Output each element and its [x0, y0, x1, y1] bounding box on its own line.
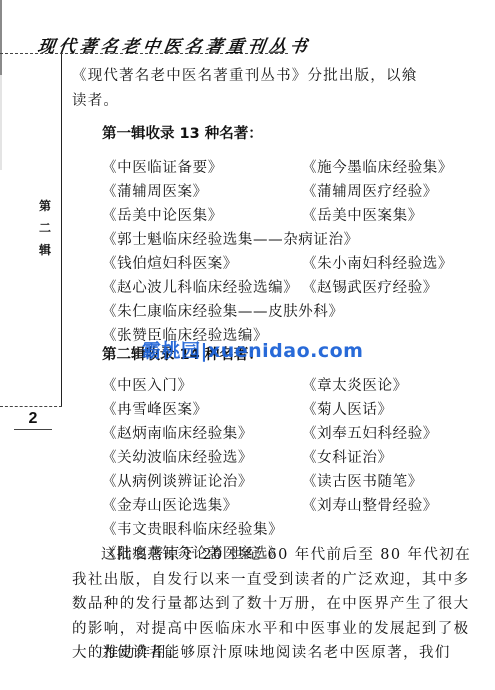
header-dashed-rule — [0, 53, 288, 54]
book-title: 《读古医书随笔》 — [302, 470, 423, 491]
book-title: 《中医临证备要》 — [102, 156, 223, 177]
book-title: 《关幼波临床经验选》 — [102, 446, 253, 467]
book-title: 《钱伯煊妇科医案》 — [102, 252, 238, 273]
book-title: 《从病例谈辨证论治》 — [102, 470, 253, 491]
scan-edge-shadow-light — [0, 75, 2, 170]
section-char: 第 — [37, 195, 53, 217]
book-title: 《蒲辅周医案》 — [102, 180, 208, 201]
scan-edge-shadow — [0, 0, 2, 75]
book-title: 《冉雪峰医案》 — [102, 398, 208, 419]
book-title: 《施今墨临床经验集》 — [302, 156, 453, 177]
book-title: 《朱小南妇科经验选》 — [302, 252, 453, 273]
page-number: 2 — [14, 410, 52, 430]
section-char: 二 — [37, 217, 53, 239]
book-title: 《章太炎医论》 — [302, 374, 408, 395]
book-title: 《岳美中论医集》 — [102, 204, 223, 225]
intro-line: 《现代著名老中医名著重刊丛书》分批出版，以飨 — [72, 64, 417, 85]
book-title: 《朱仁康临床经验集——皮肤外科》 — [102, 300, 344, 321]
book-title: 《刘奉五妇科经验》 — [302, 422, 438, 443]
book-title: 《菊人医话》 — [302, 398, 393, 419]
book-title: 《赵锡武医疗经验》 — [302, 276, 438, 297]
book-title: 《郭士魁临床经验选集——杂病证治》 — [102, 228, 359, 249]
book-title: 《中医入门》 — [102, 374, 193, 395]
section-char: 辑 — [37, 239, 53, 261]
book-title: 《金寿山医论选集》 — [102, 494, 238, 515]
margin-dashed-rule — [0, 406, 62, 407]
book-title: 《岳美中医案集》 — [302, 204, 423, 225]
intro-line: 读者。 — [72, 89, 119, 110]
book-title: 《赵心波儿科临床经验选编》 — [102, 276, 298, 297]
section-label-vertical: 第 二 辑 — [37, 195, 53, 261]
paragraph-text: 为使读者能够原汁原味地阅读名老中医原著，我们 — [101, 645, 451, 661]
paragraph: 为使读者能够原汁原味地阅读名老中医原著，我们 — [72, 641, 477, 666]
book-title: 《韦文贵眼科临床经验集》 — [102, 518, 283, 539]
book-title: 《刘寿山整骨经验》 — [302, 494, 438, 515]
book-title: 《女科证治》 — [302, 446, 393, 467]
book-title: 《赵炳南临床经验集》 — [102, 422, 253, 443]
watermark: 霸桃园|xuenidao.com — [142, 336, 363, 363]
margin-vertical-rule — [61, 54, 62, 407]
book-title: 《蒲辅周医疗经验》 — [302, 180, 438, 201]
batch1-heading: 第一辑收录 13 种名著： — [102, 122, 263, 143]
